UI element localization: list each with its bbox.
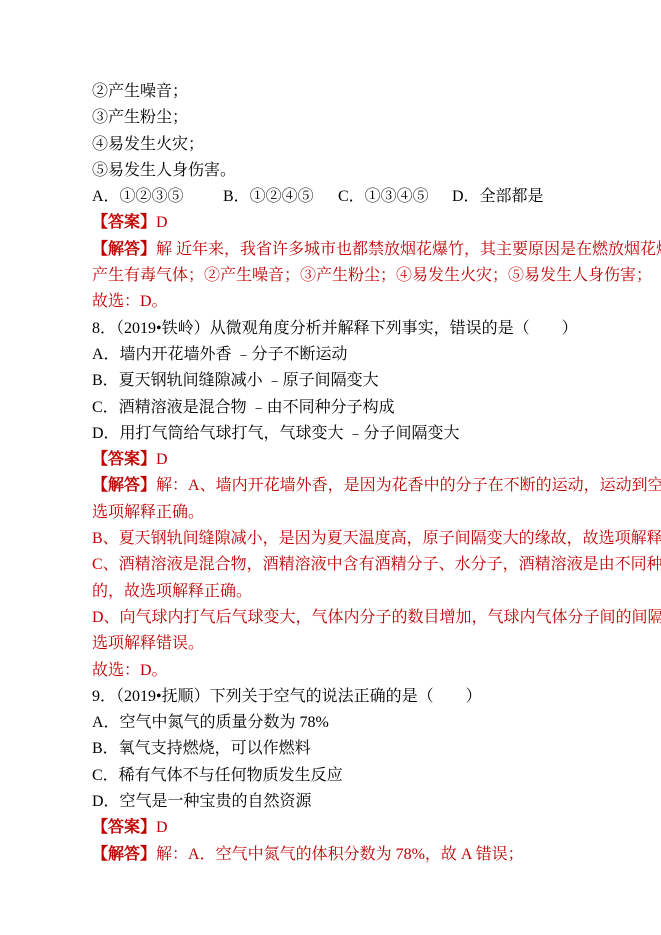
- explanation-label: 【解答】: [92, 241, 156, 258]
- q7-option-d: D．全部都是: [452, 184, 544, 210]
- q7-statement-item: ③产生粉尘；: [92, 105, 612, 131]
- q8-option-d: D．用打气筒给气球打气，气球变大 ﹣分子间隔变大: [92, 421, 612, 447]
- q7-explanation-line: 【解答】解 近年来，我省许多城市也都禁放烟花爆竹，其主要原因是在燃放烟花爆竹时:…: [92, 237, 612, 263]
- answer-value: D: [156, 819, 168, 836]
- q7-option-c: C．①③④⑤: [338, 184, 452, 210]
- explanation-text: 解：A．空气中氮气的体积分数为 78%，故 A 错误；: [156, 846, 524, 863]
- q9-title: 9．（2019•抚顺）下列关于空气的说法正确的是（ ）: [92, 684, 612, 710]
- exam-document-page: ②产生噪音； ③产生粉尘； ④易发生火灾； ⑤易发生人身伤害。 A．①②③⑤B．…: [92, 79, 612, 868]
- q9-explanation-line: 【解答】解：A．空气中氮气的体积分数为 78%，故 A 错误；: [92, 842, 612, 868]
- q9-option-d: D．空气是一种宝贵的自然资源: [92, 789, 612, 815]
- answer-value: D: [156, 451, 168, 468]
- explanation-label: 【解答】: [92, 477, 156, 494]
- explanation-text: 解 近年来，我省许多城市也都禁放烟花爆竹，其主要原因是在燃放烟花爆竹时: ①: [156, 241, 661, 258]
- q8-explanation-line: 的，故选项解释正确。: [92, 579, 612, 605]
- q9-option-c: C．稀有气体不与任何物质发生反应: [92, 763, 612, 789]
- q7-option-b: B．①②④⑤: [223, 184, 338, 210]
- q8-option-b: B．夏天钢轨间缝隙减小 ﹣原子间隔变大: [92, 368, 612, 394]
- answer-label: 【答案】: [92, 451, 156, 468]
- q8-explanation-line: C、酒精溶液是混合物，酒精溶液中含有酒精分子、水分子，酒精溶液是由不同种分子构成: [92, 552, 612, 578]
- q8-option-a: A．墙内开花墙外香 ﹣分子不断运动: [92, 342, 612, 368]
- answer-label: 【答案】: [92, 214, 156, 231]
- q9-option-b: B．氧气支持燃烧，可以作燃料: [92, 736, 612, 762]
- q8-explanation-line: B、夏天钢轨间缝隙减小，是因为夏天温度高，原子间隔变大的缘故，故选项解释正确。: [92, 526, 612, 552]
- answer-label: 【答案】: [92, 819, 156, 836]
- q7-statement-item: ④易发生火灾；: [92, 132, 612, 158]
- q7-answer-line: 【答案】D: [92, 210, 612, 236]
- q8-conclusion-line: 故选：D。: [92, 658, 612, 684]
- q8-explanation-line: 选项解释正确。: [92, 500, 612, 526]
- q7-statement-item: ⑤易发生人身伤害。: [92, 158, 612, 184]
- q8-option-c: C．酒精溶液是混合物 ﹣由不同种分子构成: [92, 395, 612, 421]
- q8-explanation-line: D、向气球内打气后气球变大，气体内分子的数目增加，气球内气体分子间的间隔变小，故: [92, 605, 612, 631]
- q7-options-row: A．①②③⑤B．①②④⑤C．①③④⑤D．全部都是: [92, 184, 612, 210]
- explanation-label: 【解答】: [92, 846, 156, 863]
- q8-title: 8．（2019•铁岭）从微观角度分析并解释下列事实，错误的是（ ）: [92, 316, 612, 342]
- answer-value: D: [156, 214, 168, 231]
- q7-conclusion-line: 故选：D。: [92, 289, 612, 315]
- q8-explanation-line: 选项解释错误。: [92, 631, 612, 657]
- q9-option-a: A．空气中氮气的质量分数为 78%: [92, 710, 612, 736]
- q9-answer-line: 【答案】D: [92, 815, 612, 841]
- q8-explanation-line: 【解答】解：A、墙内开花墙外香，是因为花香中的分子在不断的运动，运动到空气中，故: [92, 473, 612, 499]
- q8-answer-line: 【答案】D: [92, 447, 612, 473]
- q7-statement-item: ②产生噪音；: [92, 79, 612, 105]
- q7-option-a: A．①②③⑤: [92, 184, 223, 210]
- document-body: { "colors": { "question_text": "#000000"…: [0, 0, 661, 935]
- q7-explanation-line: 产生有毒气体；②产生噪音；③产生粉尘；④易发生火灾；⑤易发生人身伤害；: [92, 263, 612, 289]
- explanation-text: 解：A、墙内开花墙外香，是因为花香中的分子在不断的运动，运动到空气中，故: [156, 477, 661, 494]
